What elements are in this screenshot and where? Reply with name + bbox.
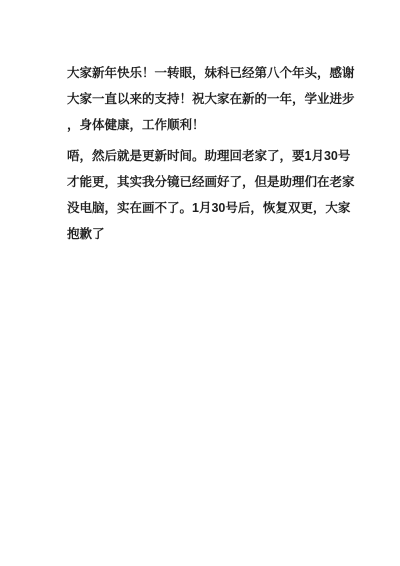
announcement-page: 大家新年快乐！一转眼，妹科已经第八个年头，感谢 大家一直以来的支持！祝大家在新的…: [0, 0, 400, 566]
text-line: 才能更，其实我分镜已经画好了，但是助理们在老家: [67, 169, 360, 195]
announcement-text: 大家新年快乐！一转眼，妹科已经第八个年头，感谢 大家一直以来的支持！祝大家在新的…: [67, 60, 360, 247]
paragraph-new-year-greeting: 大家新年快乐！一转眼，妹科已经第八个年头，感谢 大家一直以来的支持！祝大家在新的…: [67, 60, 360, 138]
text-line: 唔，然后就是更新时间。助理回老家了，要1月30号: [67, 143, 360, 169]
text-line: 抱歉了: [67, 221, 360, 247]
paragraph-update-notice: 唔，然后就是更新时间。助理回老家了，要1月30号 才能更，其实我分镜已经画好了，…: [67, 143, 360, 247]
text-line: ，身体健康，工作顺利！: [67, 112, 360, 138]
text-line: 大家新年快乐！一转眼，妹科已经第八个年头，感谢: [67, 60, 360, 86]
text-line: 大家一直以来的支持！祝大家在新的一年，学业进步: [67, 86, 360, 112]
text-line: 没电脑，实在画不了。1月30号后，恢复双更，大家: [67, 195, 360, 221]
